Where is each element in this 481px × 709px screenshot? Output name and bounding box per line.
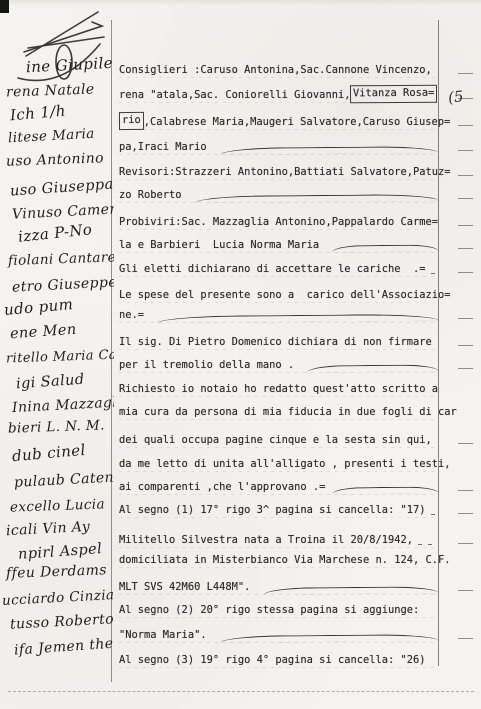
scanned-notary-page: ine Giupilerena NataleIch 1/hlitese Mari… [0,0,481,709]
typed-text: Richiesto io notaio ho redatto quest'att… [119,382,438,397]
typed-line: per il tremolio della mano . [119,356,439,373]
margin-signature: pulaub Catena [14,470,114,490]
margin-signature: excello Lucia [10,498,105,515]
margin-signature: fiolani Cantarell [8,251,114,269]
typed-line: rio,Calabrese Maria,Maugeri Salvatore,Ca… [119,113,439,130]
typed-line: zo Roberto [119,186,439,203]
typed-text: mia cura da persona di mia fiducia in du… [119,405,457,420]
margin-signature: npirl Aspel [18,542,103,562]
typed-line: da me letto di unita all'alligato , pres… [119,455,439,472]
margin-signature: tusso Roberto [10,612,114,631]
hand-drawn-dash [195,194,439,203]
typed-line: Le spese del presente sono a carico dell… [119,286,439,303]
typed-line: la e Barbieri Lucia Norma Maria [119,236,439,253]
margin-signature: rena Natale [6,82,95,99]
typed-line: domiciliata in Misterbianco Via Marchese… [119,551,439,568]
typed-text: Le spese del presente sono a carico dell… [119,288,451,303]
typed-text: Consiglieri :Caruso Antonina,Sac.Cannone… [119,63,432,78]
dotted-leader [431,273,437,274]
typed-text: Al segno (1) 17° rigo 3^ pagina si cance… [119,503,426,518]
margin-signature: izza P-No [17,222,93,245]
typed-text: ai comparenti ,che l'approvano .= [119,480,325,495]
typed-text: da me letto di unita all'alligato , pres… [119,457,451,472]
typed-text: dei quali occupa pagine cinque e la sest… [119,433,432,448]
typed-text: la e Barbieri Lucia Norma Maria [119,238,325,253]
typed-line: Richiesto io notaio ho redatto quest'att… [119,380,439,397]
margin-signature: ffeu Derdams [6,563,107,581]
typed-line: Il sig. Di Pietro Domenico dichiara di n… [119,333,439,350]
boxed-correction: Vitanza Rosa= [350,85,437,104]
typed-text: zo Roberto [119,188,188,203]
typed-text: Il sig. Di Pietro Domenico dichiara di n… [119,335,432,350]
typed-text: rena "atala,Sac. Coniorelli Giovanni, [119,88,350,103]
typed-text: domiciliata in Misterbianco Via Marchese… [119,553,451,568]
typed-line: Gli eletti dichiarano di accettare le ca… [119,260,439,277]
dotted-leader [431,514,437,515]
margin-signature: uso Giuseppa [10,177,114,199]
typed-text: Revisori:Strazzeri Antonino,Battiati Sal… [119,165,451,180]
typed-text: ne.= [119,308,150,323]
typed-line: MLT SVS 42M60 L448M". [119,578,439,595]
margin-signature: Inina Mazzaglia [12,395,114,415]
margin-signature: ucciardo Cinzia [2,589,114,608]
typed-line: Al segno (3) 19° rigo 4° pagina si cance… [119,651,439,668]
hand-drawn-dash [220,146,439,155]
margin-signature: dub cinel [11,443,86,464]
page-number-note: (5 [447,87,464,107]
typed-text: Probiviri:Sac. Mazzaglia Antonino,Pappal… [119,215,438,230]
typed-text: Al segno (3) 19° rigo 4° pagina si cance… [119,653,426,668]
typed-text: pa,Iraci Mario [119,140,213,155]
typed-line: ai comparenti ,che l'approvano .= [119,478,439,495]
margin-signature: ene Men [10,323,78,342]
typed-text: per il tremolio della mano . [119,358,300,373]
typed-text: "Norma Maria". [119,628,213,643]
typed-line: Militello Silvestra nata a Troina il 20/… [119,531,439,548]
dotted-leader [418,544,437,545]
boxed-correction: rio [119,112,144,130]
typed-text: ,Calabrese Maria,Maugeri Salvatore,Carus… [144,115,451,130]
typed-text: Al segno (2) 20° rigo stessa pagina si a… [119,603,419,618]
margin-signature: bieri L. N. M. [8,419,105,436]
margin-signature: ritello Maria Catena [6,348,114,366]
typed-line: ne.= [119,306,439,323]
margin-signature: icali Vin Ay [6,520,91,538]
hand-drawn-dash [264,586,439,595]
typed-line: mia cura da persona di mia fiducia in du… [119,403,439,420]
hand-drawn-dash [332,487,439,495]
margin-signature: ine Giupile [26,56,114,76]
typed-line: Al segno (2) 20° rigo stessa pagina si a… [119,601,439,618]
margin-signature: Vinuso Camen [12,202,114,222]
hand-drawn-dash [332,245,439,253]
margin-signatures: ine Giupilerena NataleIch 1/hlitese Mari… [0,0,114,709]
typed-line: Probiviri:Sac. Mazzaglia Antonino,Pappal… [119,213,439,230]
margin-signature: igi Salud [16,373,85,392]
typed-line: Al segno (1) 17° rigo 3^ pagina si cance… [119,501,439,518]
typed-line: Consiglieri :Caruso Antonina,Sac.Cannone… [119,61,439,78]
typed-text: Gli eletti dichiarano di accettare le ca… [119,262,426,277]
margin-signature: uso Antonino [6,151,104,168]
margin-signature: udo pum [3,297,73,318]
hand-drawn-dash [157,314,439,323]
hand-drawn-dash [307,364,439,372]
margin-signature: etro Giuseppe [12,275,114,294]
margin-signature: litese Maria [8,128,95,146]
margin-signature: ifa Jemen thel [14,636,114,657]
typed-line: dei quali occupa pagine cinque e la sest… [119,431,439,448]
typed-line: pa,Iraci Mario [119,138,439,155]
margin-signature: Ich 1/h [9,104,66,124]
typed-line: "Norma Maria". [119,626,439,643]
typed-text: MLT SVS 42M60 L448M". [119,580,257,595]
typed-line: Revisori:Strazzeri Antonino,Battiati Sal… [119,163,439,180]
hand-drawn-dash [220,634,439,643]
typed-line: rena "atala,Sac. Coniorelli Giovanni,Vit… [119,86,439,103]
bottom-dashed-rule [8,691,474,692]
typed-text: Militello Silvestra nata a Troina il 20/… [119,533,413,548]
